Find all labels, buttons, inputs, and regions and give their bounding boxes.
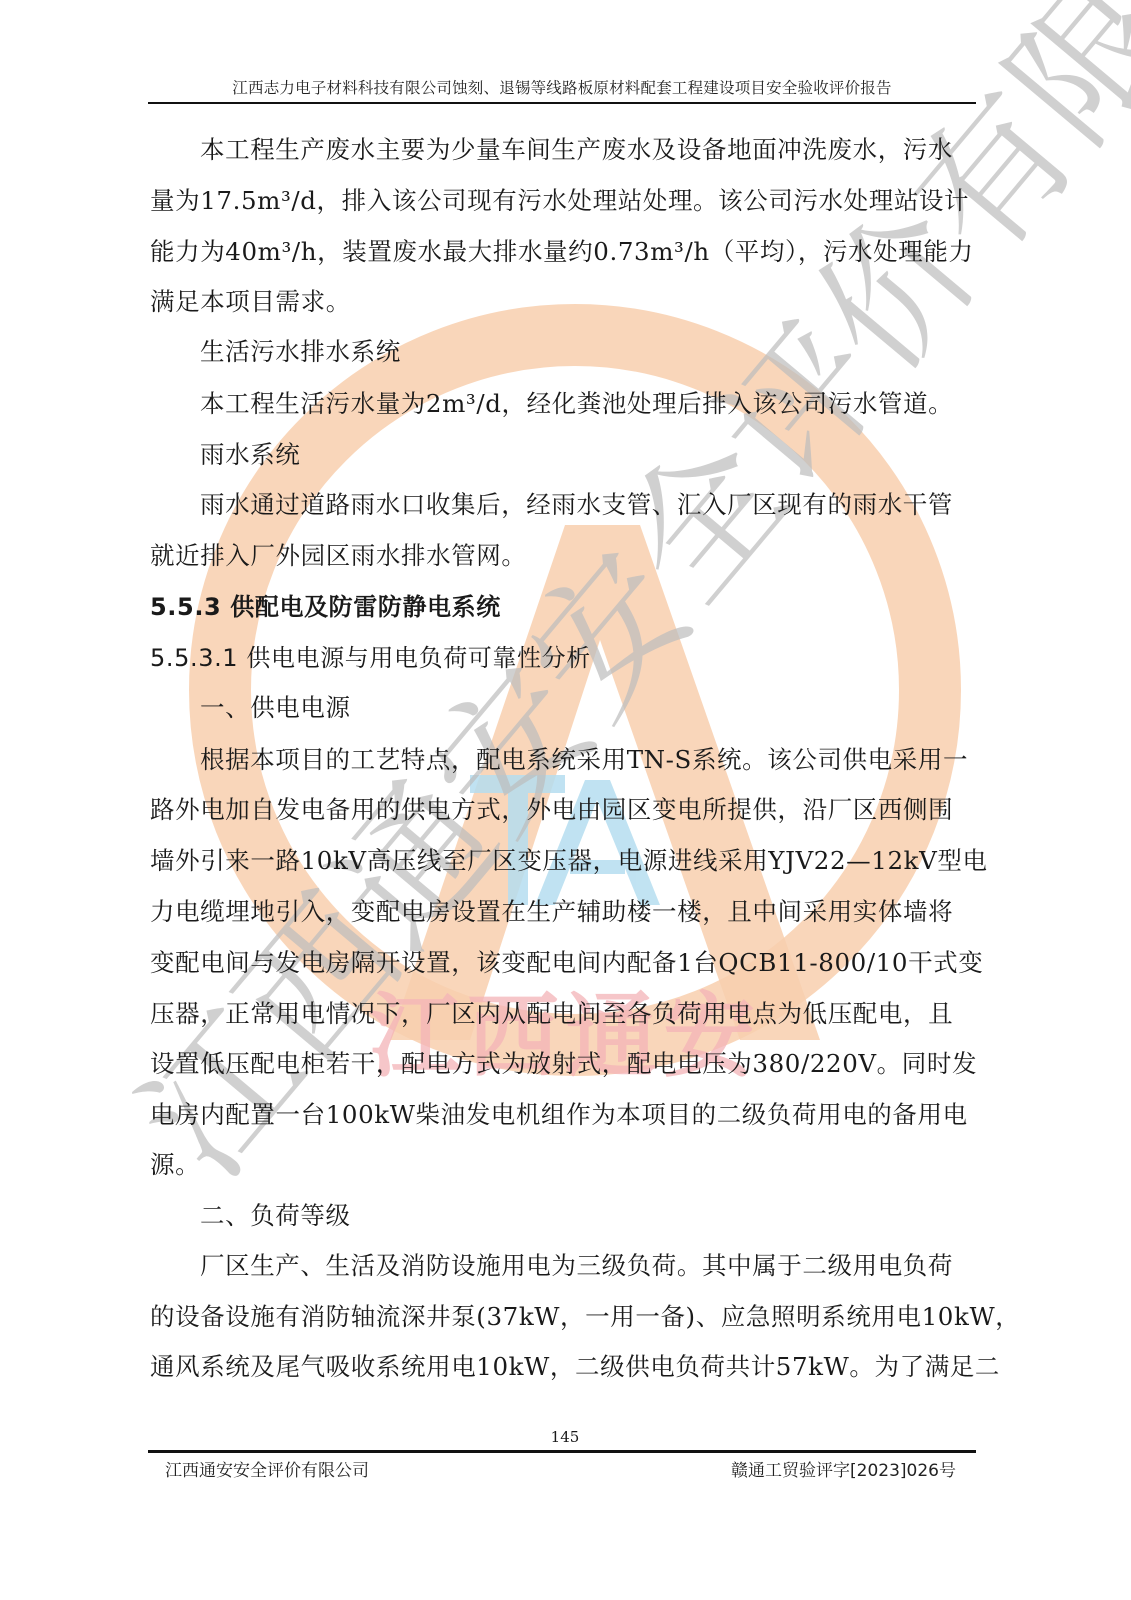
body-line: 厂区生产、生活及消防设施用电为三级负荷。其中属于二级用电负荷	[200, 1251, 976, 1281]
body-line: 路外电加自发电备用的供电方式，外电由园区变电所提供，沿厂区西侧围	[150, 795, 976, 825]
body-line: 就近排入厂外园区雨水排水管网。	[150, 541, 976, 571]
subheading: 一、供电电源	[200, 693, 976, 723]
footer-doc-number: 赣通工贸验评字[2023]026号	[731, 1456, 956, 1481]
body-line: 满足本项目需求。	[150, 287, 976, 317]
header-rule	[148, 102, 976, 104]
footer-company: 江西通安安全评价有限公司	[165, 1456, 369, 1481]
section-heading: 5.5.3 供配电及防雷防静电系统	[150, 592, 976, 622]
body-line: 量为17.5m³/d，排入该公司现有污水处理站处理。该公司污水处理站设计	[150, 186, 976, 216]
body-line: 源。	[150, 1150, 976, 1180]
body-line: 压器，正常用电情况下，厂区内从配电间至各负荷用电点为低压配电，且	[150, 999, 976, 1029]
subheading: 生活污水排水系统	[200, 337, 976, 367]
footer-rule	[148, 1450, 976, 1453]
body-line: 力电缆埋地引入，变配电房设置在生产辅助楼一楼，且中间采用实体墙将	[150, 897, 976, 927]
subheading: 二、负荷等级	[200, 1201, 976, 1231]
body-line: 本工程生产废水主要为少量车间生产废水及设备地面冲洗废水，污水	[200, 135, 976, 165]
document-page: 江西通安 江西通安安全评价有限公司 江西志力电子材料科技有限公司蚀刻、退锡等线路…	[0, 0, 1131, 1600]
body-line: 通风系统及尾气吸收系统用电10kW，二级供电负荷共计57kW。为了满足二	[150, 1352, 976, 1382]
body-line: 电房内配置一台100kW柴油发电机组作为本项目的二级负荷用电的备用电	[150, 1100, 976, 1130]
body-line: 雨水通过道路雨水口收集后，经雨水支管、汇入厂区现有的雨水干管	[200, 490, 976, 520]
running-header: 江西志力电子材料科技有限公司蚀刻、退锡等线路板原材料配套工程建设项目安全验收评价…	[148, 76, 976, 98]
page-content: 江西志力电子材料科技有限公司蚀刻、退锡等线路板原材料配套工程建设项目安全验收评价…	[0, 0, 1131, 1600]
subheading: 雨水系统	[200, 440, 976, 470]
body-line: 的设备设施有消防轴流深井泵(37kW，一用一备)、应急照明系统用电10kW，	[150, 1302, 976, 1332]
body-line: 根据本项目的工艺特点，配电系统采用TN-S系统。该公司供电采用一	[200, 745, 976, 775]
page-number: 145	[540, 1428, 590, 1446]
subsection-heading: 5.5.3.1 供电电源与用电负荷可靠性分析	[150, 643, 976, 673]
body-line: 本工程生活污水量为2m³/d，经化粪池处理后排入该公司污水管道。	[200, 389, 976, 419]
body-line: 变配电间与发电房隔开设置，该变配电间内配备1台QCB11-800/10干式变	[150, 948, 976, 978]
body-line: 墙外引来一路10kV高压线至厂区变压器，电源进线采用YJV22—12kV型电	[150, 846, 976, 876]
body-line: 能力为40m³/h，装置废水最大排水量约0.73m³/h（平均），污水处理能力	[150, 237, 976, 267]
body-line: 设置低压配电柜若干，配电方式为放射式，配电电压为380/220V。同时发	[150, 1049, 976, 1079]
